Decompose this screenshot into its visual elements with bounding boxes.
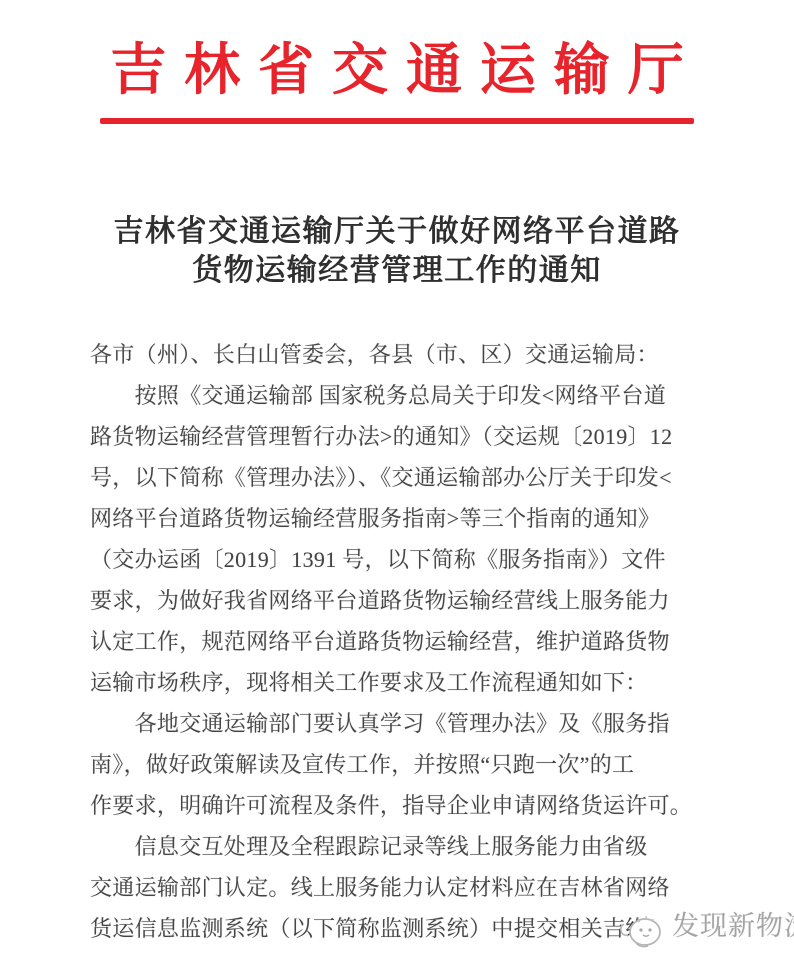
body-text-line: 按照《交通运输部 国家税务总局关于印发<网络平台道 <box>90 375 704 416</box>
document-body: 各市（州）、长白山管委会，各县（市、区）交通运输局： 按照《交通运输部 国家税务… <box>90 334 704 949</box>
document-title: 吉林省交通运输厅关于做好网络平台道路 货物运输经营管理工作的通知 <box>0 212 794 290</box>
body-text-line: 交通运输部门认定。线上服务能力认定材料应在吉林省网络 <box>90 867 704 908</box>
watermark: 发现新物流 <box>618 902 794 950</box>
body-text-line: 各地交通运输部门要认真学习《管理办法》及《服务指 <box>90 703 704 744</box>
body-text-line: 各市（州）、长白山管委会，各县（市、区）交通运输局： <box>90 334 704 375</box>
document-title-line2: 货物运输经营管理工作的通知 <box>0 251 794 290</box>
mascot-face-icon <box>618 902 668 950</box>
body-text-line: 运输市场秩序，现将相关工作要求及工作流程通知如下： <box>90 662 704 703</box>
body-text-line: 货运信息监测系统（以下简称监测系统）中提交相关吉络 <box>90 908 704 949</box>
body-text-line: 路货物运输经营管理暂行办法>的通知》（交运规〔2019〕12 <box>90 416 704 457</box>
document-page: 吉林省交通运输厅 吉林省交通运输厅关于做好网络平台道路 货物运输经营管理工作的通… <box>0 0 794 963</box>
body-text-line: 号，以下简称《管理办法》）、《交通运输部办公厅关于印发< <box>90 457 704 498</box>
watermark-label: 发现新物流 <box>672 902 794 950</box>
body-text-line: 要求，为做好我省网络平台道路货物运输经营线上服务能力 <box>90 580 704 621</box>
body-text-line: 网络平台道路货物运输经营服务指南>等三个指南的通知》 <box>90 498 704 539</box>
body-text-line: 认定工作，规范网络平台道路货物运输经营，维护道路货物 <box>90 621 704 662</box>
body-text-line: 作要求，明确许可流程及条件，指导企业申请网络货运许可。 <box>90 785 704 826</box>
header-divider <box>100 118 694 124</box>
document-title-line1: 吉林省交通运输厅关于做好网络平台道路 <box>0 212 794 251</box>
body-text-line: （交办运函〔2019〕1391 号，以下简称《服务指南》）文件 <box>90 539 704 580</box>
body-text-line: 南》，做好政策解读及宣传工作，并按照“只跑一次”的工 <box>90 744 704 785</box>
body-text-line: 信息交互处理及全程跟踪记录等线上服务能力由省级 <box>90 826 704 867</box>
agency-header: 吉林省交通运输厅 <box>0 0 794 106</box>
